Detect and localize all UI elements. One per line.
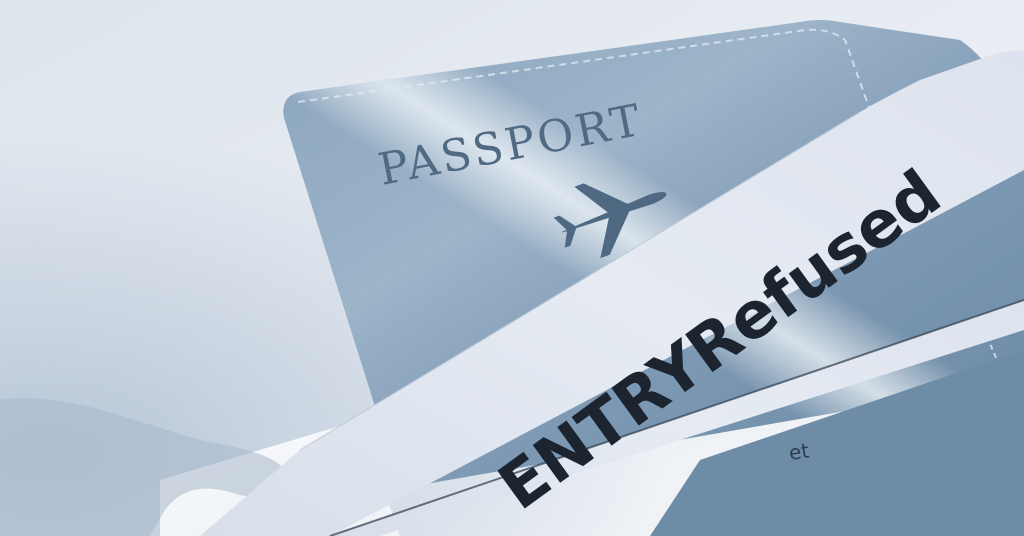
- partial-text: et: [787, 438, 810, 465]
- photo-scene: PASSPORT et ENTRY Refused: [0, 0, 1024, 536]
